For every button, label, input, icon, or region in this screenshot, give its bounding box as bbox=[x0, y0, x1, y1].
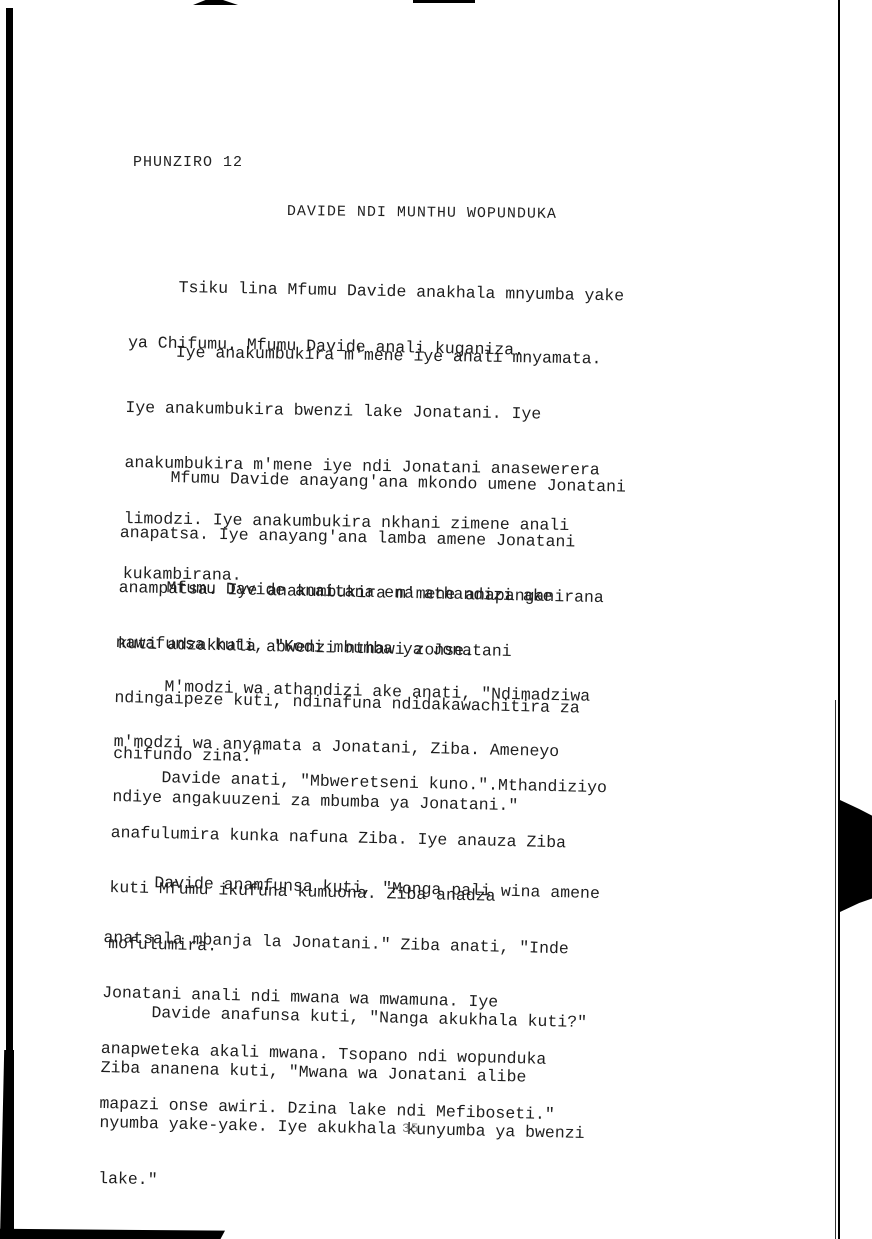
scan-edge-left bbox=[6, 8, 13, 1233]
scan-edge-right-tab bbox=[840, 800, 872, 912]
text-line: lake." bbox=[98, 1169, 583, 1199]
text-line: Mfumu Davide anayang'ana mkondo umene Jo… bbox=[121, 468, 626, 497]
page-title: DAVIDE NDI MUNTHU WOPUNDUKA bbox=[287, 203, 557, 223]
text-line: Davide anati, "Mbweretseni kuno.".Mthand… bbox=[112, 768, 607, 798]
paragraph: Davide anafunsa kuti, "Nanga akukhala ku… bbox=[97, 966, 588, 1236]
text-line: nyumba yake-yake. Iye akukhala kunyumba … bbox=[99, 1114, 584, 1144]
text-line: Ziba ananena kuti, "Mwana wa Jonatani al… bbox=[100, 1058, 585, 1088]
scan-edge-bottom bbox=[0, 1227, 225, 1239]
text-line: Davide anamfunsa kuti, "Monga pali wina … bbox=[105, 873, 600, 904]
text-line: Iye anakumbukira bwenzi lake Jonatani. I… bbox=[125, 398, 601, 424]
text-line: M'modzi wa athandizi ake anati, "Ndimadz… bbox=[115, 677, 591, 706]
scan-edge-left-wedge bbox=[0, 1050, 14, 1239]
scan-edge-right bbox=[838, 0, 840, 1239]
text-line: Iye anakumbukira m'mene iye anali mnyama… bbox=[126, 343, 602, 369]
scan-mark-top bbox=[188, 0, 238, 5]
lesson-label: PHUNZIRO 12 bbox=[133, 154, 243, 171]
scan-mark-top bbox=[413, 0, 475, 3]
page-number: 35 bbox=[402, 1121, 420, 1136]
text-line: Tsiku lina Mfumu Davide anakhala mnyumba… bbox=[129, 278, 624, 306]
scanned-page: PHUNZIRO 12 DAVIDE NDI MUNTHU WOPUNDUKA … bbox=[0, 0, 872, 1239]
text-line: Davide anafunsa kuti, "Nanga akukhala ku… bbox=[102, 1003, 587, 1033]
text-line: Mfumu Davide anaitana ena athandizi ake bbox=[117, 578, 583, 607]
scan-edge-right-inner bbox=[835, 700, 836, 1239]
text-line: anatsala mbanja la Jonatani." Ziba anati… bbox=[103, 928, 598, 959]
